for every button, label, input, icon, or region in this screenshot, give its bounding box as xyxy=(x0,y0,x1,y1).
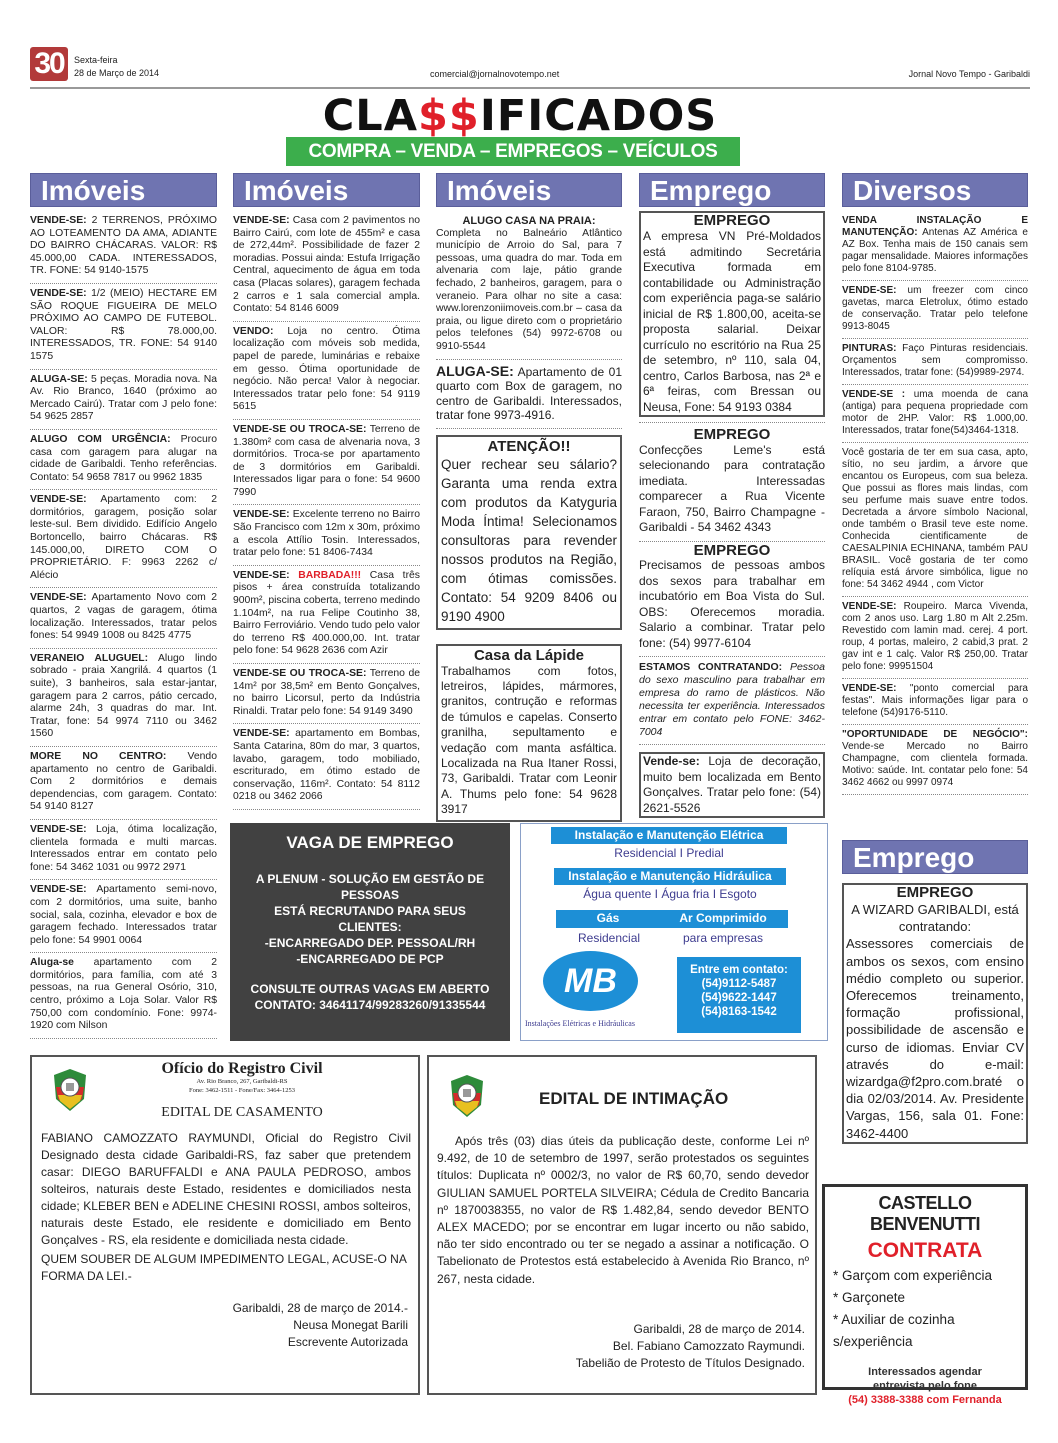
issue-date: 28 de Março de 2014 xyxy=(74,68,159,78)
box-ad-text: Quer rechear seu sálario? Garanta uma re… xyxy=(441,455,617,626)
classified-ad: ALUGA-SE: Apartamento de 01 quarto com B… xyxy=(436,360,622,429)
ad-title: EMPREGO xyxy=(643,213,821,229)
ad-lead: VENDE-SE: xyxy=(233,570,290,581)
office-address: Av. Rio Branco, 267, Garibaldi-RS xyxy=(122,1078,362,1085)
coat-of-arms-icon xyxy=(443,1071,491,1123)
mb-installations-ad: Instalação e Manutenção Elétrica Residen… xyxy=(520,823,828,1041)
weekday: Sexta-feira xyxy=(74,55,118,65)
service-sub: Água quente I Água fria I Esgoto xyxy=(554,887,786,901)
classified-ad: VENDE-SE : uma moenda de cana (antiga) p… xyxy=(842,385,1028,443)
service-bar: Instalação e Manutenção Hidráulica xyxy=(554,868,786,885)
contact-title: Entre em contato: xyxy=(677,963,801,977)
box-ad-lapide: Casa da Lápide Trabalhamos com fotos, le… xyxy=(436,644,622,822)
box-ad-text: Trabalhamos com fotos, letreiros, lápide… xyxy=(441,664,617,818)
title-part-2: IFICADOS xyxy=(480,91,717,141)
section-heading: Imóveis xyxy=(30,173,217,207)
service-gas: Gás xyxy=(578,910,638,927)
ad-lead: ALUGA-SE: xyxy=(436,363,514,379)
ad-lead: ESTAMOS CONTRATANDO: xyxy=(639,661,782,673)
classified-ad: VENDE-SE: um freezer com cinco gavetas, … xyxy=(842,281,1028,339)
classified-ad: ALUGO CASA NA PRAIA: Completa no Balneár… xyxy=(436,211,622,360)
ad-highlight: BARBADA!!! xyxy=(298,570,361,581)
ad-lead: VENDE-SE: xyxy=(233,728,290,739)
ad-lead: VENDE-SE: xyxy=(30,884,87,895)
position-item: * Garçom com experiência xyxy=(833,1265,1025,1287)
job-ad-incubatorio: EMPREGO Precisamos de pessoas ambos dos … xyxy=(639,542,825,658)
ad-lead: VENDE-SE OU TROCA-SE: xyxy=(233,668,366,679)
company-name: CASTELLO BENVENUTTI xyxy=(825,1193,1025,1235)
service-sub: Residencial xyxy=(578,931,638,945)
sign-date: Garibaldi, 28 de março de 2014. xyxy=(576,1321,805,1338)
vaga-line: -ENCARREGADO DEP. PESSOAL/RH xyxy=(230,935,510,951)
ad-lead: ALUGA-SE: xyxy=(30,374,88,385)
title-dollars: $$ xyxy=(418,91,480,141)
sign-role: Escrevente Autorizada xyxy=(233,1334,408,1351)
classified-ad: "OPORTUNIDADE DE NEGÓCIO": Vende-se Merc… xyxy=(842,725,1028,795)
ad-text: apartamento com 2 dormitórios, para famí… xyxy=(30,957,217,1031)
phone: (54)8163-1542 xyxy=(677,1005,801,1019)
service-sub: para empresas xyxy=(678,931,768,945)
ad-title: EMPREGO xyxy=(639,427,825,443)
ad-lead: Aluga-se xyxy=(30,957,74,968)
box-ad-title: ATENÇÃO!! xyxy=(441,439,617,455)
office-name: Ofício do Registro Civil xyxy=(122,1060,362,1078)
section-heading: Emprego xyxy=(639,173,825,207)
classified-ad: VENDE-SE: Loja, ótima localização, clien… xyxy=(30,820,217,880)
vaga-contact: CONTATO: 34641174/99283260/91335544 xyxy=(230,997,510,1013)
classified-ad: VENDE-SE: Excelente terreno no Bairro Sã… xyxy=(233,505,420,565)
classified-ad: VENDA INSTALAÇÃO E MANUTENÇÃO: Antenas A… xyxy=(842,211,1028,281)
ad-lead: VENDE-SE: xyxy=(30,592,87,603)
ad-lead: VENDE-SE: xyxy=(233,509,290,520)
phone: (54)9622-1447 xyxy=(677,991,801,1005)
column-imoveis-1: Imóveis VENDE-SE: 2 TERRENOS, PRÓXIMO AO… xyxy=(30,173,217,1039)
ad-lead: VENDE-SE: xyxy=(30,215,87,226)
ad-text: Confecções Leme's está selecionando para… xyxy=(639,443,825,536)
ad-lead: VENDE-SE: xyxy=(30,288,87,299)
ad-lead: VENDE-SE : xyxy=(842,389,905,400)
ad-text: Alugo lindo sobrado - praia Xangrilá. 4 … xyxy=(30,653,217,740)
column-emprego: Emprego EMPREGO A empresa VN Pré-Moldado… xyxy=(639,173,825,818)
contact-box: Entre em contato: (54)9112-5487 (54)9622… xyxy=(677,957,801,1033)
ad-text: apartamento em Bombas, Santa Catarina, 8… xyxy=(233,728,420,802)
ad-lead: PINTURAS: xyxy=(842,343,896,354)
sign-role: Tabelião de Protesto de Títulos Designad… xyxy=(576,1355,805,1372)
ad-text: Terreno de 1.380m² com casa de alvenaria… xyxy=(233,424,420,498)
position-item: * Garçonete xyxy=(833,1287,1025,1309)
contrata-heading: CONTRATA xyxy=(825,1239,1025,1263)
ad-text: Vende-se Mercado no Bairro Champagne, co… xyxy=(842,741,1028,788)
header-rule xyxy=(30,87,1030,89)
classified-ad: ALUGA-SE: 5 peças. Moradia nova. Na Av. … xyxy=(30,370,217,430)
classified-ad: PINTURAS: Faço Pinturas residenciais. Or… xyxy=(842,339,1028,385)
masthead-title: CLA$$IFICADOS xyxy=(290,91,750,141)
cta-line: Interessados agendar xyxy=(825,1365,1025,1379)
ad-lead: VENDE-SE: xyxy=(842,683,896,694)
job-ad-plasticos: ESTAMOS CONTRATANDO: Pessoa do sexo masc… xyxy=(639,657,825,745)
ad-lead: VENDE-SE OU TROCA-SE: xyxy=(233,424,366,435)
classified-ad: Você gostaria de ter em sua casa, apto, … xyxy=(842,443,1028,597)
service-ar: Ar Comprimido xyxy=(678,910,768,927)
column-diversos: Diversos VENDA INSTALAÇÃO E MANUTENÇÃO: … xyxy=(842,173,1028,795)
ad-lead: VERANEIO ALUGUEL: xyxy=(30,653,148,664)
contact-email[interactable]: comercial@jornalnovotempo.net xyxy=(430,69,559,79)
section-heading: Imóveis xyxy=(233,173,420,207)
classified-ad: MORE NO CENTRO: Vendo apartamento no cen… xyxy=(30,747,217,820)
ad-text: Casa com 2 pavimentos no Bairro Cairú, c… xyxy=(233,215,420,314)
ad-text: Assessores comerciais de ambos os sexos,… xyxy=(846,935,1024,1141)
phone: (54)9112-5487 xyxy=(677,977,801,991)
box-ad-loja-decoracao: Vende-se: Loja de decoração, muito bem l… xyxy=(639,752,825,818)
coat-of-arms-icon xyxy=(46,1065,94,1117)
ad-title: ALUGO CASA NA PRAIA: xyxy=(436,215,622,228)
column-imoveis-3: Imóveis ALUGO CASA NA PRAIA: Completa no… xyxy=(436,173,622,822)
section-heading: Emprego xyxy=(842,840,1028,874)
ad-intro: A WIZARD GARIBALDI, está xyxy=(846,901,1024,918)
section-heading: Imóveis xyxy=(436,173,622,207)
vaga-line: A PLENUM - SOLUÇÃO EM GESTÃO DE PESSOAS xyxy=(230,871,510,903)
ad-title: EMPREGO xyxy=(639,543,825,559)
classified-ad: VERANEIO ALUGUEL: Alugo lindo sobrado - … xyxy=(30,649,217,747)
ad-lead: VENDO: xyxy=(233,326,273,337)
box-ad-title: Casa da Lápide xyxy=(441,648,617,664)
ad-lead: VENDE-SE: xyxy=(233,215,290,226)
ad-text: Casa três pisos + área construída totali… xyxy=(233,570,420,657)
vaga-line: ESTÁ RECRUTANDO PARA SEUS CLIENTES: xyxy=(230,903,510,935)
ad-text: Completa no Balneário Atlântico municípi… xyxy=(436,228,622,354)
vaga-line: CONSULTE OUTRAS VAGAS EM ABERTO xyxy=(230,981,510,997)
ad-lead: VENDE-SE: xyxy=(30,824,87,835)
ad-lead: VENDE-SE: xyxy=(842,601,896,612)
ad-lead: ALUGO COM URGÊNCIA: xyxy=(30,434,171,445)
classified-ad: VENDE-SE: 1/2 (MEIO) HECTARE EM SÃO ROQU… xyxy=(30,284,217,370)
classified-ad: VENDE-SE: Casa com 2 pavimentos no Bairr… xyxy=(233,211,420,322)
edital-body: FABIANO CAMOZZATO RAYMUNDI, Oficial do R… xyxy=(41,1130,411,1249)
ad-intro: contratando: xyxy=(846,918,1024,935)
edital-title: EDITAL DE CASAMENTO xyxy=(122,1105,362,1121)
ad-text: 1/2 (MEIO) HECTARE EM SÃO ROQUE FIGUEIRA… xyxy=(30,288,217,362)
service-bar-3: Gás Ar Comprimido xyxy=(556,910,788,928)
classified-ad: VENDE-SE: Apartamento semi-novo, com 2 d… xyxy=(30,880,217,953)
edital-warning: QUEM SOUBER DE ALGUM IMPEDIMENTO LEGAL, … xyxy=(41,1251,411,1285)
ad-lead: VENDE-SE: xyxy=(842,285,896,296)
castello-benvenutti-ad: CASTELLO BENVENUTTI CONTRATA * Garçom co… xyxy=(822,1184,1028,1390)
ad-title: EMPREGO xyxy=(846,885,1024,901)
box-ad-atencao: ATENÇÃO!! Quer rechear seu sálario? Gara… xyxy=(436,435,622,630)
vaga-emprego-ad: VAGA DE EMPREGO A PLENUM - SOLUÇÃO EM GE… xyxy=(230,823,510,1041)
office-phones: Fone: 3462-1511 - Fone/Fax: 3464-1253 xyxy=(122,1087,362,1094)
classified-ad: VENDE-SE: BARBADA!!! Casa três pisos + á… xyxy=(233,566,420,664)
edital-casamento: Ofício do Registro Civil Av. Rio Branco,… xyxy=(30,1055,420,1395)
section-emprego-wizard: Emprego EMPREGO A WIZARD GARIBALDI, está… xyxy=(842,840,1028,1144)
job-ad-leme: EMPREGO Confecções Leme's está seleciona… xyxy=(639,422,825,542)
sign-name: Neusa Monegat Barili xyxy=(233,1317,408,1334)
publication-name: Jornal Novo Tempo - Garibaldi xyxy=(909,69,1030,79)
edital-body: Após três (03) dias úteis da publicação … xyxy=(437,1133,809,1288)
edital-intimacao: EDITAL DE INTIMAÇÃO Após três (03) dias … xyxy=(427,1055,817,1395)
sign-date: Garibaldi, 28 de março de 2014.- xyxy=(233,1300,408,1317)
column-imoveis-2: Imóveis VENDE-SE: Casa com 2 pavimentos … xyxy=(233,173,420,810)
service-bar: Instalação e Manutenção Elétrica xyxy=(551,827,787,844)
classified-ad: VENDE-SE OU TROCA-SE: Terreno de 1.380m²… xyxy=(233,420,420,506)
logo-caption: Instalações Elétricas e Hidráulicas xyxy=(525,1019,655,1028)
ad-text: A empresa VN Pré-Moldados está admitindo… xyxy=(643,229,821,415)
ad-text: Precisamos de pessoas ambos dos sexos pa… xyxy=(639,558,825,651)
classified-ad: VENDE-SE: Roupeiro. Marca Vivenda, com 2… xyxy=(842,597,1028,679)
vaga-line: -ENCARREGADO DE PCP xyxy=(230,951,510,967)
classified-ad: VENDO: Loja no centro. Ótima localização… xyxy=(233,322,420,420)
edital-signature: Garibaldi, 28 de março de 2014. Bel. Fab… xyxy=(576,1321,805,1372)
job-ad-wizard: EMPREGO A WIZARD GARIBALDI, está contrat… xyxy=(842,883,1028,1144)
classified-ad: VENDE-SE: apartamento em Bombas, Santa C… xyxy=(233,724,420,810)
title-part-1: CLA xyxy=(323,91,418,141)
service-sub: Residencial I Predial xyxy=(551,846,787,860)
classified-ad: VENDE-SE: Apartamento Novo com 2 quartos… xyxy=(30,588,217,648)
cta-line: entrevista pelo fone xyxy=(825,1379,1025,1393)
ad-text: Você gostaria de ter em sua casa, apto, … xyxy=(842,447,1028,590)
ad-text: Apartamento com: 2 dormitórios, garagem,… xyxy=(30,494,217,581)
mb-logo-icon: MB xyxy=(543,951,638,1011)
ad-text: Loja no centro. Ótima localização com mó… xyxy=(233,326,420,413)
ad-lead: MORE NO CENTRO: xyxy=(30,751,166,762)
classified-ad: ALUGO COM URGÊNCIA: Procuro casa com gar… xyxy=(30,430,217,490)
classified-ad: Aluga-se apartamento com 2 dormitórios, … xyxy=(30,953,217,1039)
ad-lead: Vende-se: xyxy=(643,754,700,768)
classified-ad: VENDE-SE: Apartamento com: 2 dormitórios… xyxy=(30,490,217,588)
position-item: * Auxiliar de cozinha s/experiência xyxy=(833,1309,1025,1353)
section-heading: Diversos xyxy=(842,173,1028,207)
positions-list: * Garçom com experiência * Garçonete * A… xyxy=(825,1265,1025,1353)
job-ad-vn: EMPREGO A empresa VN Pré-Moldados está a… xyxy=(639,211,825,417)
cta-phone: (54) 3388-3388 com Fernanda xyxy=(825,1393,1025,1407)
classified-ad: VENDE-SE OU TROCA-SE: Terreno de 14m² po… xyxy=(233,664,420,724)
sign-name: Bel. Fabiano Camozzato Raymundi. xyxy=(576,1338,805,1355)
ad-lead: VENDE-SE: xyxy=(30,494,87,505)
classified-ad: VENDE-SE: 2 TERRENOS, PRÓXIMO AO LOTEAME… xyxy=(30,211,217,284)
masthead-subtitle: COMPRA – VENDA – EMPREGOS – VEÍCULOS xyxy=(286,137,740,166)
edital-signature: Garibaldi, 28 de março de 2014.- Neusa M… xyxy=(233,1300,408,1351)
page-number: 30 xyxy=(30,47,68,81)
ad-lead: "OPORTUNIDADE DE NEGÓCIO": xyxy=(842,729,1028,740)
vaga-title: VAGA DE EMPREGO xyxy=(230,833,510,853)
edital-title: EDITAL DE INTIMAÇÃO xyxy=(539,1089,728,1109)
classified-ad: VENDE-SE: "ponto comercial para festas".… xyxy=(842,679,1028,725)
